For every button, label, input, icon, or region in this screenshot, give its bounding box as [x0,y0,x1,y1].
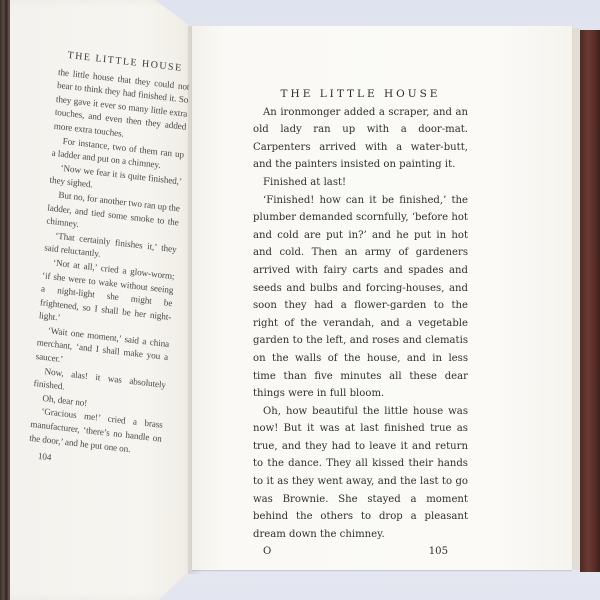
right-book-cover [580,30,600,572]
page-block-edges [572,28,580,570]
right-page-number: 105 [429,543,448,561]
right-paragraph: An ironmonger added a scraper, and an ol… [253,104,468,174]
right-paragraph: Finished at last! [253,174,468,192]
right-paragraph: ‘Finished! how can it be finished,’ the … [253,192,468,403]
right-paragraph: Oh, how beautiful the little house was n… [253,403,468,544]
right-page-footer: O 105 [253,543,468,561]
open-book-photo: THE LITTLE HOUSE the little house that t… [0,0,600,600]
right-page-text: THE LITTLE HOUSE An ironmonger added a s… [253,86,468,561]
signature-mark: O [263,543,271,561]
right-running-head: THE LITTLE HOUSE [253,86,468,104]
